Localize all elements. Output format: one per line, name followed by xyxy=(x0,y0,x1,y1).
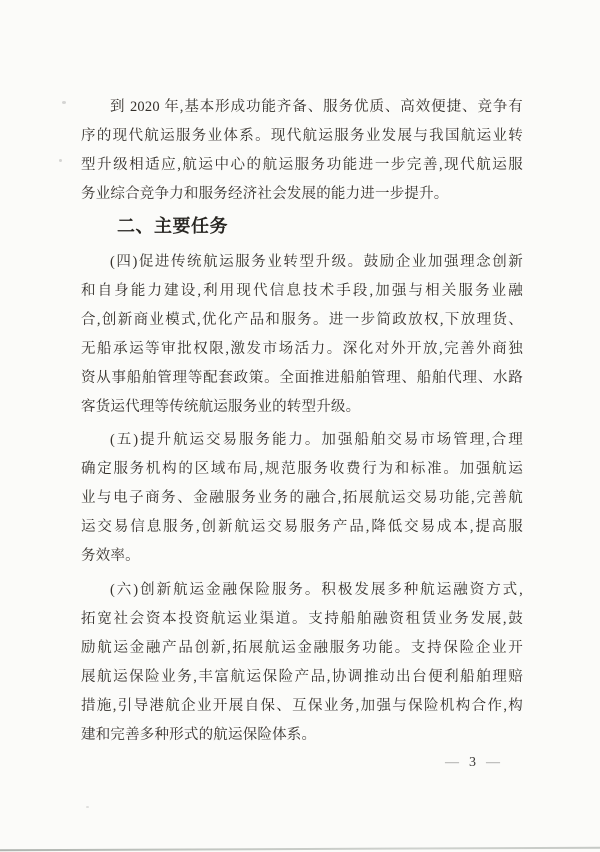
text-line: 措施,引导港航企业开展自保、互保业务,加强与保险机构合作,构 xyxy=(81,692,523,721)
text-line: 业与电子商务、金融服务业务的融合,拓展航运交易功能,完善航 xyxy=(81,484,523,513)
text-line: (四)促进传统航运服务业转型升级。鼓励企业加强理念创新 xyxy=(81,248,523,277)
page-number-value: 3 xyxy=(465,755,481,770)
paragraph-item-5: (五)提升航运交易服务能力。加强船舶交易市场管理,合理 确定服务机构的区域布局,… xyxy=(81,426,523,571)
text-line: 励航运金融产品创新,拓展航运金融服务功能。支持保险企业开 xyxy=(81,634,523,663)
scan-speck xyxy=(62,101,66,104)
text-line: 建和完善多种形式的航运保险体系。 xyxy=(81,721,523,750)
page-number-dash-left: — xyxy=(440,755,465,770)
text-line: 和自身能力建设,利用现代信息技术手段,加强与相关服务业融 xyxy=(81,277,523,306)
text-line: 无船承运等审批权限,激发市场活力。深化对外开放,完善外商独 xyxy=(81,335,523,364)
text-line: 务效率。 xyxy=(81,542,523,571)
text-line: 拓宽社会资本投资航运业渠道。支持船舶融资租赁业务发展,鼓 xyxy=(81,605,523,634)
paragraph-item-6: (六)创新航运金融保险服务。积极发展多种航运融资方式, 拓宽社会资本投资航运业渠… xyxy=(81,576,523,750)
text-line: (六)创新航运金融保险服务。积极发展多种航运融资方式, xyxy=(81,576,523,605)
text-line: 展航运保险业务,丰富航运保险产品,协调推动出台便利船舶理赔 xyxy=(81,663,523,692)
text-line: 运交易信息服务,创新航运交易服务产品,降低交易成本,提高服 xyxy=(81,513,523,542)
page-number: —3— xyxy=(440,754,506,772)
text-line: 序的现代航运服务业体系。现代航运服务业发展与我国航运业转 xyxy=(81,122,523,151)
text-line: 务业综合竞争力和服务经济社会发展的能力进一步提升。 xyxy=(81,180,523,209)
page-number-dash-right: — xyxy=(481,755,506,770)
text-line: 型升级相适应,航运中心的航运服务功能进一步完善,现代航运服 xyxy=(81,151,523,180)
scan-speck xyxy=(86,806,89,808)
text-line: 客货运代理等传统航运服务业的转型升级。 xyxy=(81,393,523,422)
text-line: 资从事船舶管理等配套政策。全面推进船舶管理、船舶代理、水路 xyxy=(81,364,523,393)
document-page: 到 2020 年,基本形成功能齐备、服务优质、高效便捷、竞争有 序的现代航运服务… xyxy=(0,0,600,852)
text-line: 到 2020 年,基本形成功能齐备、服务优质、高效便捷、竞争有 xyxy=(81,93,523,122)
section-heading: 二、主要任务 xyxy=(81,212,523,241)
scan-edge-line xyxy=(0,847,600,852)
text-line: 确定服务机构的区域布局,规范服务收费行为和标准。加强航运 xyxy=(81,455,523,484)
paragraph-item-4: (四)促进传统航运服务业转型升级。鼓励企业加强理念创新 和自身能力建设,利用现代… xyxy=(81,248,523,422)
text-line: (五)提升航运交易服务能力。加强船舶交易市场管理,合理 xyxy=(81,426,523,455)
scan-speck xyxy=(59,159,62,162)
text-line: 合,创新商业模式,优化产品和服务。进一步简政放权,下放理货、 xyxy=(81,306,523,335)
intro-paragraph: 到 2020 年,基本形成功能齐备、服务优质、高效便捷、竞争有 序的现代航运服务… xyxy=(81,93,523,209)
